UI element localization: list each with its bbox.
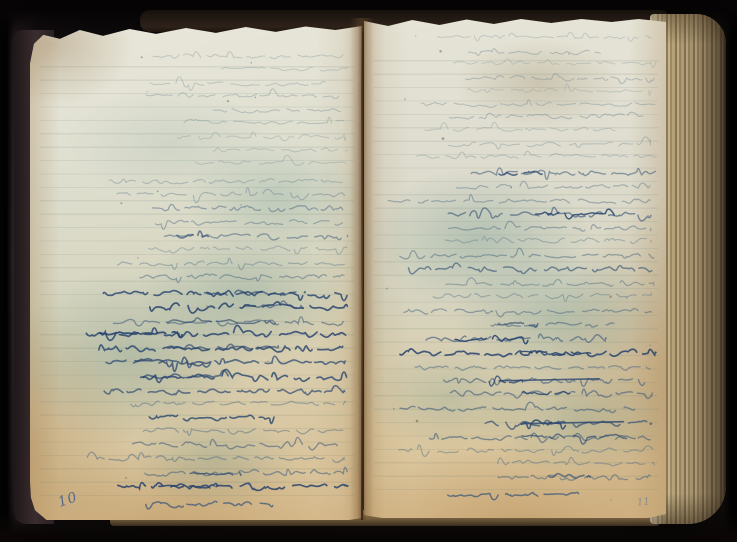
photo-backdrop: 10 11 <box>0 0 737 542</box>
right-page: 11 <box>364 18 666 518</box>
right-page-handwriting <box>374 30 658 506</box>
book-gutter <box>350 18 374 520</box>
left-page: 10 <box>30 24 362 520</box>
right-page-number: 11 <box>637 496 651 508</box>
left-page-handwriting <box>74 42 350 512</box>
